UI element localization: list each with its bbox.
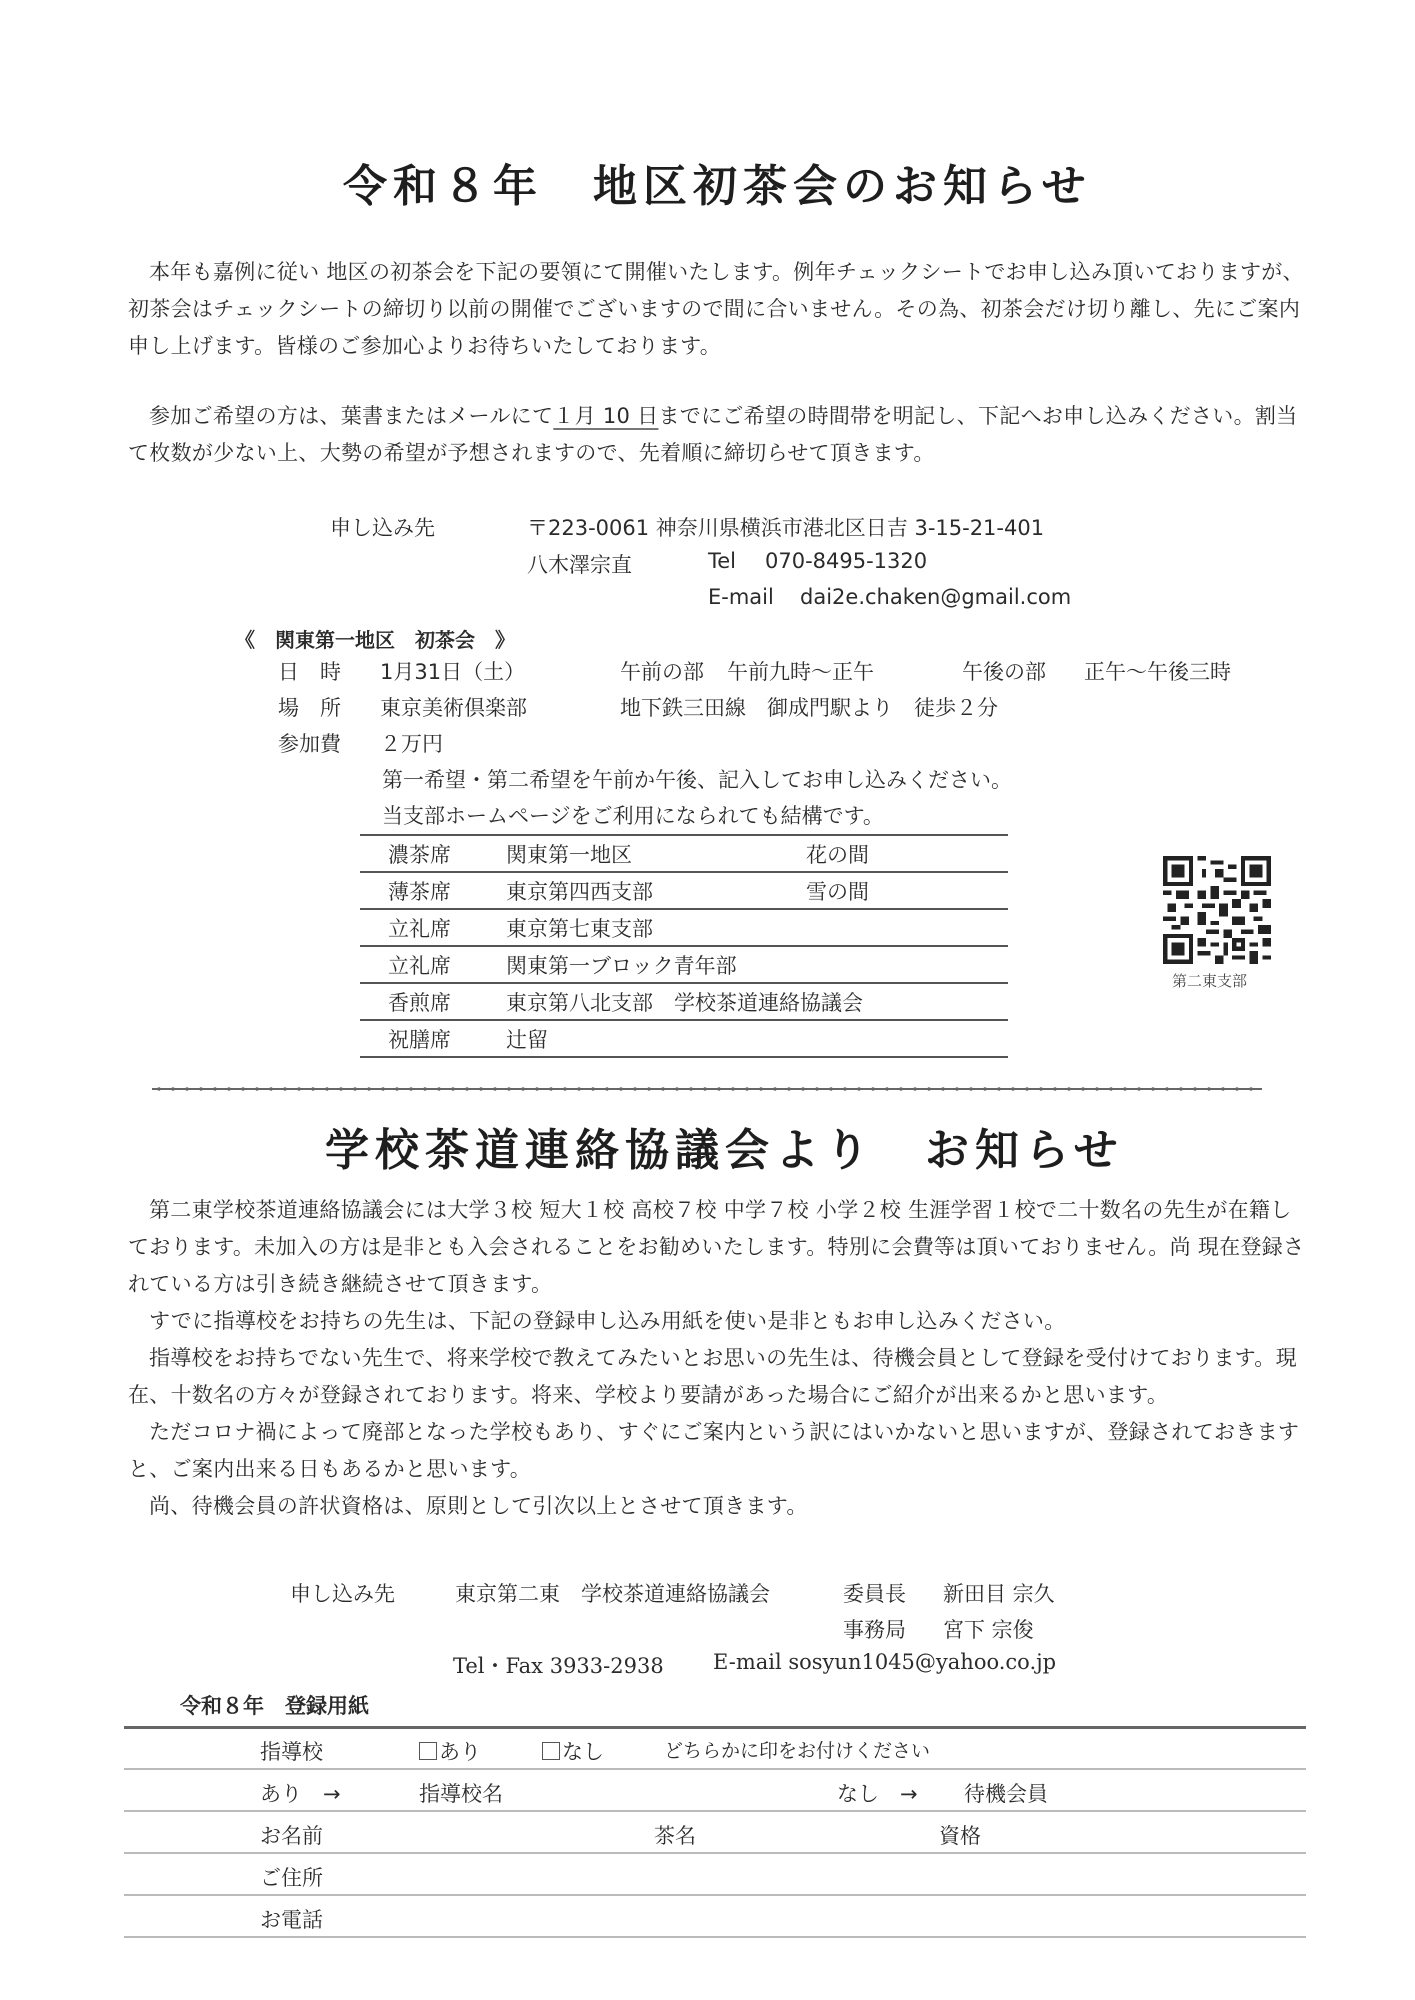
notice2-title: 学校茶道連絡協議会より お知らせ	[325, 1114, 1124, 1178]
notice2-paragraph: 第二東学校茶道連絡協議会には大学３校 短大１校 高校７校 中学７校 小学２校 生…	[128, 1192, 1308, 1303]
form-instruction: どちらかに印をお付けください	[664, 1736, 930, 1763]
qr-label: 第二東支部	[1172, 970, 1247, 991]
notice2-paragraph: ただコロナ禍によって廃部となった学校もあり、すぐにご案内という訳にはいかないと思…	[128, 1414, 1308, 1488]
option-yes-label: あり	[439, 1740, 481, 1764]
no-arrow: なし →	[837, 1778, 918, 1808]
notice2-paragraph: 尚、待機会員の許状資格は、原則として引次以上とさせて頂きます。	[128, 1488, 1308, 1525]
option-no-label: なし	[562, 1740, 604, 1764]
notice2-paragraph: すでに指導校をお持ちの先生は、下記の登録申し込み用紙を使い是非ともお申し込みくだ…	[128, 1303, 1308, 1340]
form-title: 令和８年 登録用紙	[180, 1690, 369, 1720]
event-access: 地下鉄三田線 御成門駅より 徒歩２分	[620, 692, 998, 722]
notice1-paragraph1-text: 本年も嘉例に従い 地区の初茶会を下記の要領にて開催いたします。例年チェックシート…	[128, 254, 1308, 365]
chair-name: 新田目 宗久	[943, 1578, 1055, 1608]
event-date: 1月31日（土）	[380, 656, 525, 686]
seat-host: 東京第八北支部 学校茶道連絡協議会	[506, 983, 1008, 1020]
table-row: 祝膳席 辻留	[360, 1020, 1008, 1057]
option-no[interactable]: なし	[542, 1736, 604, 1766]
notice1-paragraph1: 本年も嘉例に従い 地区の初茶会を下記の要領にて開催いたします。例年チェックシート…	[128, 254, 1308, 365]
seat-host: 東京第七東支部	[506, 909, 806, 946]
decorative-divider	[152, 1083, 1262, 1095]
tea-name-label: 茶名	[654, 1820, 696, 1850]
contact1-email-label: E-mail	[708, 585, 774, 609]
seat-name: 薄茶席	[360, 872, 506, 909]
checkbox-no[interactable]	[542, 1742, 560, 1760]
seat-name: 立礼席	[360, 909, 506, 946]
contact1-tel-label: Tel	[708, 549, 736, 573]
form-row-name[interactable]: お名前 茶名 資格	[124, 1812, 1306, 1854]
table-row: 立礼席 東京第七東支部	[360, 909, 1008, 946]
contact2-org: 東京第二東 学校茶道連絡協議会	[455, 1578, 770, 1608]
contact1-label: 申し込み先	[330, 512, 435, 542]
event-note2: 当支部ホームページをご利用になられても結構です。	[382, 800, 884, 830]
seats-table: 濃茶席 関東第一地区 花の間 薄茶席 東京第四西支部 雪の間 立礼席 東京第七東…	[360, 834, 1008, 1058]
contact2-label: 申し込み先	[290, 1578, 395, 1608]
notice2-body: 第二東学校茶道連絡協議会には大学３校 短大１校 高校７校 中学７校 小学２校 生…	[128, 1192, 1308, 1525]
seat-room	[806, 946, 1008, 983]
phone-label: お電話	[260, 1904, 323, 1934]
fee-label: 参加費	[278, 728, 341, 758]
notice1-paragraph2: 参加ご希望の方は、葉書またはメールにて１月 10 日までにご希望の時間帯を明記し…	[128, 398, 1308, 472]
seat-host: 東京第四西支部	[506, 872, 806, 909]
contact2-email[interactable]: E-mail sosyun1045@yahoo.co.jp	[713, 1650, 1056, 1674]
morning-time: 午前九時～正午	[727, 656, 874, 686]
table-row: 香煎席 東京第八北支部 学校茶道連絡協議会	[360, 983, 1008, 1020]
qualification-label: 資格	[939, 1820, 981, 1850]
table-row: 立礼席 関東第一ブロック青年部	[360, 946, 1008, 983]
chair-label: 委員長	[843, 1578, 906, 1608]
form-row-phone[interactable]: お電話	[124, 1896, 1306, 1938]
event-note1: 第一希望・第二希望を午前か午後、記入してお申し込みください。	[382, 764, 1012, 794]
table-row: 濃茶席 関東第一地区 花の間	[360, 835, 1008, 872]
school-name-label: 指導校名	[419, 1778, 503, 1808]
seat-host: 関東第一ブロック青年部	[506, 946, 806, 983]
morning-label: 午前の部	[620, 656, 704, 686]
event-place: 東京美術倶楽部	[380, 692, 527, 722]
seat-host: 関東第一地区	[506, 835, 806, 872]
contact1-address: 〒223-0061 神奈川県横浜市港北区日吉 3-15-21-401	[527, 512, 1044, 542]
seat-room: 花の間	[806, 835, 1008, 872]
school-label: 指導校	[260, 1736, 323, 1766]
checkbox-yes[interactable]	[419, 1742, 437, 1760]
form-row-school: 指導校 あり なし どちらかに印をお付けください	[124, 1728, 1306, 1770]
option-yes[interactable]: あり	[419, 1736, 481, 1766]
form-row-school-name: あり → 指導校名 なし → 待機会員	[124, 1770, 1306, 1812]
contact1-email[interactable]: dai2e.chaken@gmail.com	[800, 585, 1071, 609]
afternoon-time: 正午～午後三時	[1084, 656, 1231, 686]
notice2-paragraph: 指導校をお持ちでない先生で、将来学校で教えてみたいとお思いの先生は、待機会員とし…	[128, 1340, 1308, 1414]
seat-room: 雪の間	[806, 872, 1008, 909]
contact1-tel[interactable]: 070-8495-1320	[765, 549, 927, 573]
office-name: 宮下 宗俊	[943, 1614, 1034, 1644]
seat-host: 辻留	[506, 1020, 806, 1057]
p2-before: 参加ご希望の方は、葉書またはメールにて	[149, 404, 553, 428]
seat-name: 濃茶席	[360, 835, 506, 872]
notice1-title: 令和８年 地区初茶会のお知らせ	[343, 150, 1092, 214]
name-label: お名前	[260, 1820, 323, 1850]
seat-name: 立礼席	[360, 946, 506, 983]
yes-arrow: あり →	[260, 1778, 341, 1808]
place-label: 場 所	[278, 692, 341, 722]
standby-member: 待機会員	[964, 1778, 1048, 1808]
event-fee: ２万円	[380, 728, 443, 758]
seat-room	[806, 1020, 1008, 1057]
office-label: 事務局	[843, 1614, 906, 1644]
form-row-address[interactable]: ご住所	[124, 1854, 1306, 1896]
seat-room	[806, 909, 1008, 946]
date-label: 日 時	[278, 656, 341, 686]
qr-code-icon[interactable]	[1163, 856, 1271, 964]
address-label: ご住所	[260, 1862, 323, 1892]
event-heading: 《 関東第一地区 初茶会 》	[235, 624, 515, 653]
seat-name: 祝膳席	[360, 1020, 506, 1057]
contact2-telfax[interactable]: Tel・Fax 3933-2938	[453, 1650, 664, 1680]
table-row: 薄茶席 東京第四西支部 雪の間	[360, 872, 1008, 909]
afternoon-label: 午後の部	[962, 656, 1046, 686]
application-deadline: １月 10 日	[553, 404, 658, 428]
seat-name: 香煎席	[360, 983, 506, 1020]
contact1-name: 八木澤宗直	[527, 549, 632, 579]
